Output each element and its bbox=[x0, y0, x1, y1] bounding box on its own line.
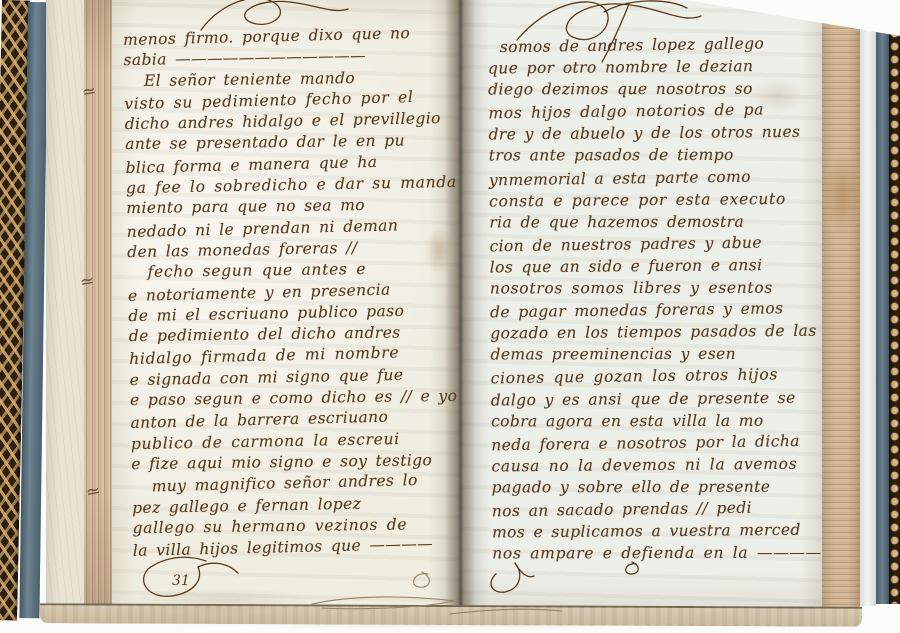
top-right-flourish bbox=[505, 0, 715, 66]
manuscript-line: ria de que hazemos demostra bbox=[489, 210, 825, 233]
folio-number: 31 bbox=[172, 573, 190, 589]
manuscript-line: los que an sido e fueron e ansi bbox=[490, 253, 826, 278]
right-cover-gilt-edge bbox=[889, 14, 900, 604]
manuscript-line: tros ante pasados de tiempo bbox=[489, 144, 825, 167]
manuscript-line: diego dezimos que nosotros so bbox=[488, 78, 824, 101]
left-page-stack-edges bbox=[46, 0, 84, 612]
manuscript-photo: menos firmo. porque dixo que nosabia ———… bbox=[0, 0, 900, 633]
manuscript-line: ynmemorial a esta parte como bbox=[489, 164, 825, 191]
left-page-text: menos firmo. porque dixo que nosabia ———… bbox=[123, 23, 459, 562]
manuscript-line: cobra agora en esta villa la mo bbox=[491, 409, 827, 432]
top-left-flourish bbox=[196, 0, 356, 36]
manuscript-line: nosotros somos libres y esentos bbox=[490, 277, 826, 300]
right-inner-leaf-edge bbox=[860, 10, 876, 606]
right-blue-board-edge bbox=[876, 12, 889, 604]
bottom-right-flourish bbox=[482, 556, 672, 608]
manuscript-line: nos an sacado prendas // pedi bbox=[492, 496, 828, 523]
manuscript-line: causa no la devemos ni la avemos bbox=[491, 452, 827, 477]
manuscript-line: cion de nuestros padres y abue bbox=[489, 231, 825, 258]
folio-mark-flourish: 31 bbox=[132, 543, 252, 613]
manuscript-line: dre y de abuelo y de los otros nues bbox=[488, 121, 824, 146]
manuscript-line: mos e suplicamos a vuestra merced bbox=[492, 519, 828, 544]
manuscript-line: consta e parece por esta executo bbox=[489, 187, 825, 212]
open-book: menos firmo. porque dixo que nosabia ———… bbox=[0, 0, 900, 627]
manuscript-line: dalgo y es ansi que de presente se bbox=[491, 386, 827, 411]
manuscript-line: pagado y sobre ello de presente bbox=[492, 475, 828, 498]
manuscript-line: neda forera e nosotros por la dicha bbox=[491, 429, 827, 456]
manuscript-line: gozado en los tiempos pasados de las bbox=[490, 320, 826, 345]
right-page-text: somos de andres lopez gallegoque por otr… bbox=[488, 33, 829, 566]
